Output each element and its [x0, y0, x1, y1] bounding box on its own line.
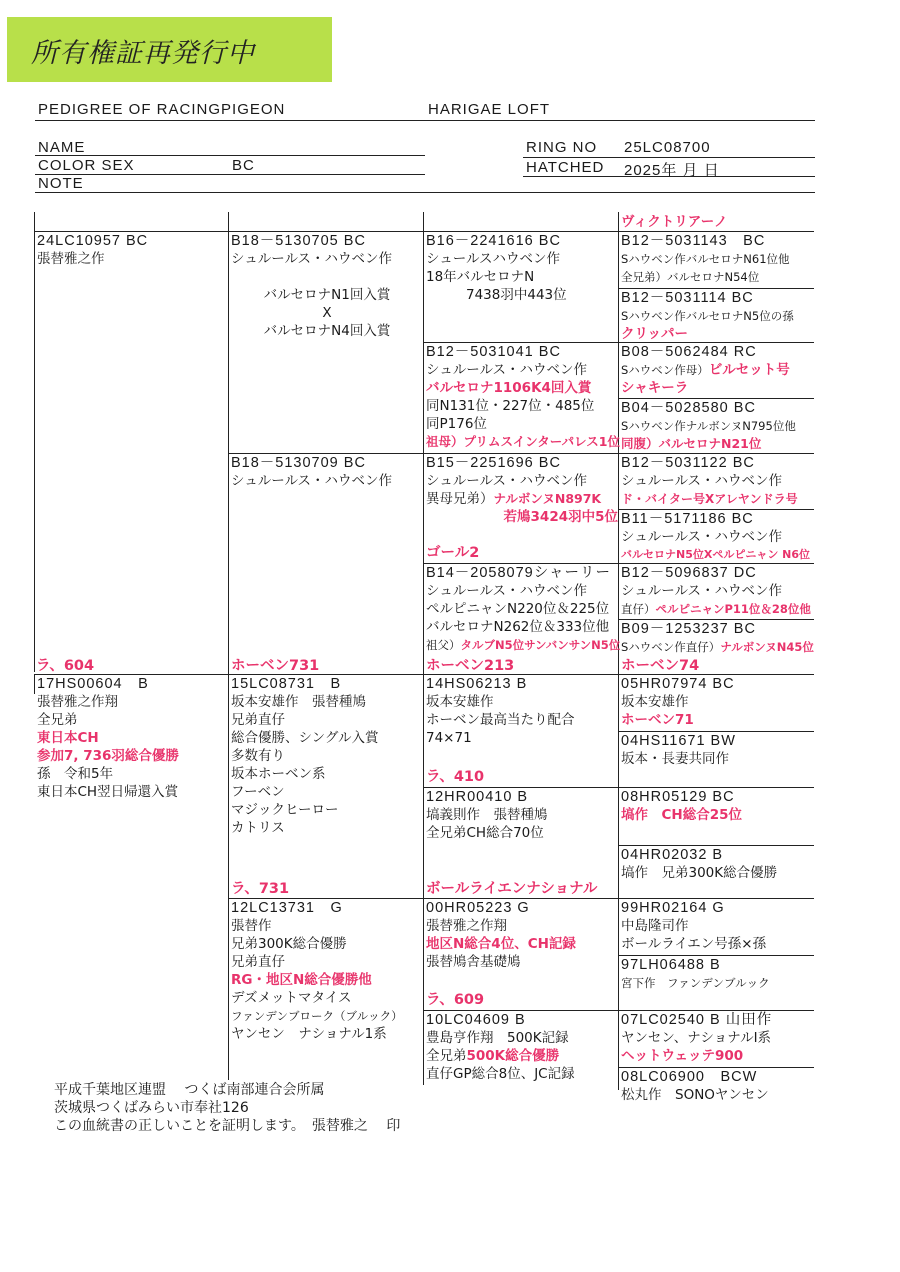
- ds-sire-cell: 14HS06213 B 坂本安雄作 ホーベン最高当たり配合 74×71: [426, 675, 575, 747]
- g4-6-breeder: シュルールス・ハウベン作: [621, 528, 810, 546]
- ds-dam-ring: 12HR00410 B: [426, 788, 548, 806]
- dam-sire-note-4: 坂本ホーベン系: [231, 765, 379, 783]
- dg4-7-cell: 07LC02540 B 山田作 ヤンセン、ナショナルⅠ系 ヘットウェッテ900: [621, 1011, 772, 1065]
- g4-3-highlight-2: シャキーラ: [621, 379, 790, 397]
- sd-dam-breeder: シュルールス・ハウベン作: [426, 582, 620, 600]
- ds-dam-breeder: 塙義則作 張替種鳩: [426, 806, 548, 824]
- sire-cell: 24LC10957 BC 張替雅之作: [37, 232, 148, 268]
- sd-sire-cell: B15－2251696 BC シュルールス・ハウベン作 異母兄弟）ナルボンヌN8…: [426, 454, 618, 562]
- dd-sire-highlight: 地区N総合4位、CH記録: [426, 935, 576, 953]
- sticky-note-text: 所有権証再発行中: [31, 31, 255, 70]
- ss-dam-breeder: シュルールス・ハウベン作: [426, 361, 620, 379]
- dg4-5-breeder: 中島隆司作: [621, 917, 766, 935]
- dam-dam-note-2: 兄弟直仔: [231, 953, 403, 971]
- sd-dam-name-label: ゴール2: [426, 544, 618, 562]
- ds-sire-ring: 14HS06213 B: [426, 675, 575, 693]
- footer-address: 茨城県つくばみらい市奉社126: [54, 1100, 249, 1117]
- spacer: [231, 268, 423, 286]
- g4-6-highlight: バルセロナN5位Xペルピニャン N6位: [621, 546, 810, 564]
- ss-dam-result: 同N131位・227位・485位: [426, 397, 620, 415]
- loft-name: HARIGAE LOFT: [428, 101, 550, 118]
- dg4-5-ring: 99HR02164 G: [621, 899, 766, 917]
- dg4-8-cell: 08LC06900 BCW 松丸作 SONOヤンセン: [621, 1068, 769, 1104]
- g4-8-ring: B09－1253237 BC: [621, 620, 814, 638]
- dg4-7-highlight: ヘットウェッテ900: [621, 1047, 772, 1065]
- sire-dam-cell: B18－5130709 BC シュルールス・ハウベン作: [231, 454, 392, 490]
- dam-highlight: 東日本CH: [37, 729, 179, 747]
- note-label: NOTE: [38, 175, 84, 192]
- g4-5-cell: B12－5031122 BC シュルールス・ハウベン作 ド・バイター号Xアレヤン…: [621, 454, 798, 508]
- g4-7-breeder: シュルールス・ハウベン作: [621, 582, 811, 600]
- dam-note: 全兄弟: [37, 711, 179, 729]
- dg4-1-breeder: 坂本安雄作: [621, 693, 735, 711]
- dg4-3-ring: 08HR05129 BC: [621, 788, 742, 806]
- ss-dam-cell: B12－5031041 BC シュルールス・ハウベン作 バルセロナ1106K4回…: [426, 343, 620, 451]
- sd-dam-result: ペルピニャンN220位＆225位: [426, 600, 620, 618]
- ds-sire-cross: 74×71: [426, 729, 575, 747]
- g4-6-cell: B11－5171186 BC シュルールス・ハウベン作 バルセロナN5位Xペルピ…: [621, 510, 810, 564]
- sire-dam-ring: B18－5130709 BC: [231, 454, 392, 472]
- sd-dam-cell: B14－2058079シャーリー シュルールス・ハウベン作 ペルピニャンN220…: [426, 564, 620, 654]
- dd-sire-cell: 00HR05223 G 張替雅之作翔 地区N総合4位、CH記録 張替鳩舎基礎鳩: [426, 899, 576, 971]
- g4-7-note: 直仔）: [621, 602, 656, 616]
- dam-sire-note-6: マジックヒーロー: [231, 801, 379, 819]
- dg4-2-breeder: 坂本・長妻共同作: [621, 750, 736, 768]
- dam-sire-ring: 15LC08731 B: [231, 675, 379, 693]
- g4-2-cell: B12－5031114 BC Sハウベン作バルセロナN5位の孫 クリッパー: [621, 289, 794, 343]
- sd-sire-highlight: ナルボンヌN897K: [494, 491, 602, 506]
- dd-sire-ring: 00HR05223 G: [426, 899, 576, 917]
- dam-sire-note-2: 総合優勝、シングル入賞: [231, 729, 379, 747]
- dg4-1-cell: 05HR07974 BC 坂本安雄作 ホーベン71: [621, 675, 735, 729]
- g4-4-note: Sハウベン作ナルボンヌN795位他: [621, 417, 796, 435]
- dg4-8-breeder: 松丸作 SONOヤンセン: [621, 1086, 769, 1104]
- g4-3-ring: B08－5062484 RC: [621, 343, 790, 361]
- g4-8-highlight: ナルボンヌN45位: [720, 640, 814, 654]
- ss-sire-result: 18年バルセロナN: [426, 268, 567, 286]
- ds-sire-note: ホーベン最高当たり配合: [426, 711, 575, 729]
- hatched-label: HATCHED: [526, 159, 604, 176]
- ds-sire-breeder: 坂本安雄作: [426, 693, 575, 711]
- dg4-3-cell: 08HR05129 BC 塙作 CH総合25位: [621, 788, 742, 824]
- dam-sire-note-3: 多数有り: [231, 747, 379, 765]
- sd-dam-ring: B14－2058079シャーリー: [426, 564, 620, 582]
- sd-sire-note: 異母兄弟）: [426, 491, 494, 507]
- dam-dam-note-3: デズメットマタイス: [231, 989, 403, 1007]
- sire-sire-breeder: シュルールス・ハウベン作: [231, 250, 423, 268]
- g4-1-note-2: 全兄弟）バルセロナN54位: [621, 268, 790, 286]
- dg4-3-highlight: 塙作 CH総合25位: [621, 806, 742, 824]
- g4-4-highlight: 同腹）バルセロナN21位: [621, 435, 796, 453]
- dam-cell: 17HS00604 B 張替雅之作翔 全兄弟 東日本CH 参加7, 736羽総合…: [37, 675, 179, 801]
- ring-no-value: 25LC08700: [624, 139, 711, 156]
- dg4-8-ring: 08LC06900 BCW: [621, 1068, 769, 1086]
- dam-sire-note-5: フーベン: [231, 783, 379, 801]
- name-label: NAME: [38, 139, 85, 156]
- dg4-2-name-label: ホーベン71: [621, 711, 735, 729]
- dg4-2-ring: 04HS11671 BW: [621, 732, 736, 750]
- dam-dam-name-label: ラ、731: [231, 880, 289, 898]
- dam-sire-name-label: ホーベン731: [231, 657, 319, 675]
- ss-dam-ring: B12－5031041 BC: [426, 343, 620, 361]
- sire-dam-breeder: シュルールス・ハウベン作: [231, 472, 392, 490]
- dam-highlight-2: 参加7, 736羽総合優勝: [37, 747, 179, 765]
- g4-4-ring: B04－5028580 BC: [621, 399, 796, 417]
- ds-dam-cell: 12HR00410 B 塙義則作 張替種鳩 全兄弟CH総合70位: [426, 788, 548, 842]
- dam-dam-cell: 12LC13731 G 張替作 兄弟300K総合優勝 兄弟直仔 RG・地区N総合…: [231, 899, 403, 1043]
- ss-dam-highlight-2: 祖母）プリムスインターパレス1位: [426, 433, 620, 451]
- sd-sire-ring: B15－2251696 BC: [426, 454, 618, 472]
- g4-1-note: Sハウベン作バルセロナN61位他: [621, 250, 790, 268]
- footer-affiliation: 平成千葉地区連盟 つくば南部連合会所属: [54, 1082, 324, 1099]
- dg4-4-breeder: 塙作 兄弟300K総合優勝: [621, 864, 777, 882]
- dam-note-2: 孫 令和5年: [37, 765, 179, 783]
- g4-3-name-label: クリッパー: [621, 325, 794, 343]
- ds-sire-name-label: ホーベン213: [426, 657, 514, 675]
- sire-sire-result: バルセロナN1回入賞: [231, 286, 423, 304]
- g4-5-highlight: ド・バイター号Xアレヤンドラ号: [621, 490, 798, 508]
- sd-sire-breeder: シュルールス・ハウベン作: [426, 472, 618, 490]
- dam-dam-note-5: ヤンセン ナショナル1系: [231, 1025, 403, 1043]
- dam-dam-note-4: ファンデンブローク（ブルック）: [231, 1007, 403, 1025]
- dg4-7-ring: 07LC02540 B 山田作: [621, 1011, 772, 1029]
- dam-sire-note-7: カトリス: [231, 819, 379, 837]
- reissue-sticky-note: 所有権証再発行中: [7, 17, 332, 82]
- dg4-2-cell: 04HS11671 BW 坂本・長妻共同作: [621, 732, 736, 768]
- dam-dam-ring: 12LC13731 G: [231, 899, 403, 917]
- g4-5-ring: B12－5031122 BC: [621, 454, 798, 472]
- dd-dam-cell: 10LC04609 B 豊島亨作翔 500K記録 全兄弟500K総合優勝 直仔G…: [426, 1011, 575, 1083]
- g4-3-note: Sハウベン作母）: [621, 363, 709, 377]
- g4-8-note: Sハウベン作直仔）: [621, 640, 720, 654]
- g4-1-ring: B12－5031143 BC: [621, 232, 790, 250]
- dam-dam-breeder: 張替作: [231, 917, 403, 935]
- ss-sire-result-2: 7438羽中443位: [426, 286, 567, 304]
- g4-4-cell: B04－5028580 BC Sハウベン作ナルボンヌN795位他 同腹）バルセロ…: [621, 399, 796, 453]
- dam-dam-note: 兄弟300K総合優勝: [231, 935, 403, 953]
- sd-dam-result-2: バルセロナN262位＆333位他: [426, 618, 620, 636]
- ss-sire-cell: B16－2241616 BC シュールスハウベン作 18年バルセロナN 7438…: [426, 232, 567, 304]
- color-sex-label: COLOR SEX: [38, 157, 135, 174]
- g4-6-ring: B11－5171186 BC: [621, 510, 810, 528]
- dd-dam-breeder: 豊島亨作翔 500K記録: [426, 1029, 575, 1047]
- g4-5-breeder: シュルールス・ハウベン作: [621, 472, 798, 490]
- ss-dam-highlight: バルセロナ1106K4回入賞: [426, 379, 620, 397]
- sd-dam-highlight: タルブN5位サンバンサンN5位: [461, 638, 621, 652]
- dg4-6-cell: 97LH06488 B 宮下作 ファンデンブルック: [621, 956, 770, 992]
- document-title: PEDIGREE OF RACINGPIGEON: [38, 101, 285, 118]
- ring-no-label: RING NO: [526, 139, 597, 156]
- dd-sire-name-label: ボールライエンナショナル: [426, 880, 597, 898]
- dam-sire-cell: 15LC08731 B 坂本安雄作 張替種鳩 兄弟直仔 総合優勝、シングル入賞 …: [231, 675, 379, 837]
- dg4-7-breeder: ヤンセン、ナショナルⅠ系: [621, 1029, 772, 1047]
- dg4-5-note: ボールライエン号孫×孫: [621, 935, 766, 953]
- ds-dam-name-label: ラ、410: [426, 768, 484, 786]
- dd-dam-note: 全兄弟: [426, 1048, 467, 1064]
- dam-name-label: ラ、604: [36, 657, 94, 675]
- sd-sire-highlight-2: 若鳩3424羽中5位: [426, 508, 618, 526]
- sd-dam-note: 祖父）: [426, 638, 461, 652]
- dam-breeder: 張替雅之作翔: [37, 693, 179, 711]
- g4-3-cell: B08－5062484 RC Sハウベン作母）ビルセット号 シャキーラ: [621, 343, 790, 397]
- dg4-6-breeder: 宮下作 ファンデンブルック: [621, 974, 770, 992]
- sire-sire-result-2: バルセロナN4回入賞: [231, 322, 423, 340]
- g4-1-name-label: ヴィクトリアーノ: [621, 213, 728, 231]
- g4-7-ring: B12－5096837 DC: [621, 564, 811, 582]
- ss-sire-ring: B16－2241616 BC: [426, 232, 567, 250]
- dam-dam-highlight: RG・地区N総合優勝他: [231, 971, 403, 989]
- cross-mark: X: [231, 304, 423, 322]
- sire-sire-cell: B18－5130705 BC シュルールス・ハウベン作 バルセロナN1回入賞 X…: [231, 232, 423, 340]
- g4-7-highlight: ペルピニャンP11位＆28位他: [656, 602, 811, 616]
- dg4-6-ring: 97LH06488 B: [621, 956, 770, 974]
- g4-2-ring: B12－5031114 BC: [621, 289, 794, 307]
- dd-dam-ring: 10LC04609 B: [426, 1011, 575, 1029]
- g4-1-cell: B12－5031143 BC Sハウベン作バルセロナN61位他 全兄弟）バルセロ…: [621, 232, 790, 286]
- dam-sire-breeder: 坂本安雄作 張替種鳩: [231, 693, 379, 711]
- ss-dam-result-2: 同P176位: [426, 415, 620, 433]
- dd-dam-note-2: 直仔GP総合8位、JC記録: [426, 1065, 575, 1083]
- dd-sire-note: 張替鳩舎基礎鳩: [426, 953, 576, 971]
- dd-dam-name-label: ラ、609: [426, 991, 484, 1009]
- footer-certification: この血統書の正しいことを証明します。 張替雅之 印: [54, 1118, 400, 1135]
- g4-8-cell: B09－1253237 BC Sハウベン作直仔）ナルボンヌN45位: [621, 620, 814, 656]
- color-sex-value: BC: [232, 157, 255, 174]
- dg4-4-ring: 04HR02032 B: [621, 846, 777, 864]
- sire-sire-ring: B18－5130705 BC: [231, 232, 423, 250]
- dg4-4-cell: 04HR02032 B 塙作 兄弟300K総合優勝: [621, 846, 777, 882]
- dg4-1-ring: 05HR07974 BC: [621, 675, 735, 693]
- g4-3-highlight: ビルセット号: [709, 362, 790, 378]
- dg4-5-cell: 99HR02164 G 中島隆司作 ボールライエン号孫×孫: [621, 899, 766, 953]
- g4-2-note: Sハウベン作バルセロナN5位の孫: [621, 307, 794, 325]
- ss-sire-breeder: シュールスハウベン作: [426, 250, 567, 268]
- g4-7-cell: B12－5096837 DC シュルールス・ハウベン作 直仔）ペルピニャンP11…: [621, 564, 811, 618]
- dd-sire-breeder: 張替雅之作翔: [426, 917, 576, 935]
- dam-sire-note: 兄弟直仔: [231, 711, 379, 729]
- dd-dam-highlight: 500K総合優勝: [467, 1048, 560, 1064]
- dam-ring: 17HS00604 B: [37, 675, 179, 693]
- sire-breeder: 張替雅之作: [37, 250, 148, 268]
- sire-ring: 24LC10957 BC: [37, 232, 148, 250]
- dam-note-3: 東日本CH翌日帰還入賞: [37, 783, 179, 801]
- dg4-1-name-label: ホーベン74: [621, 657, 699, 675]
- ds-dam-note: 全兄弟CH総合70位: [426, 824, 548, 842]
